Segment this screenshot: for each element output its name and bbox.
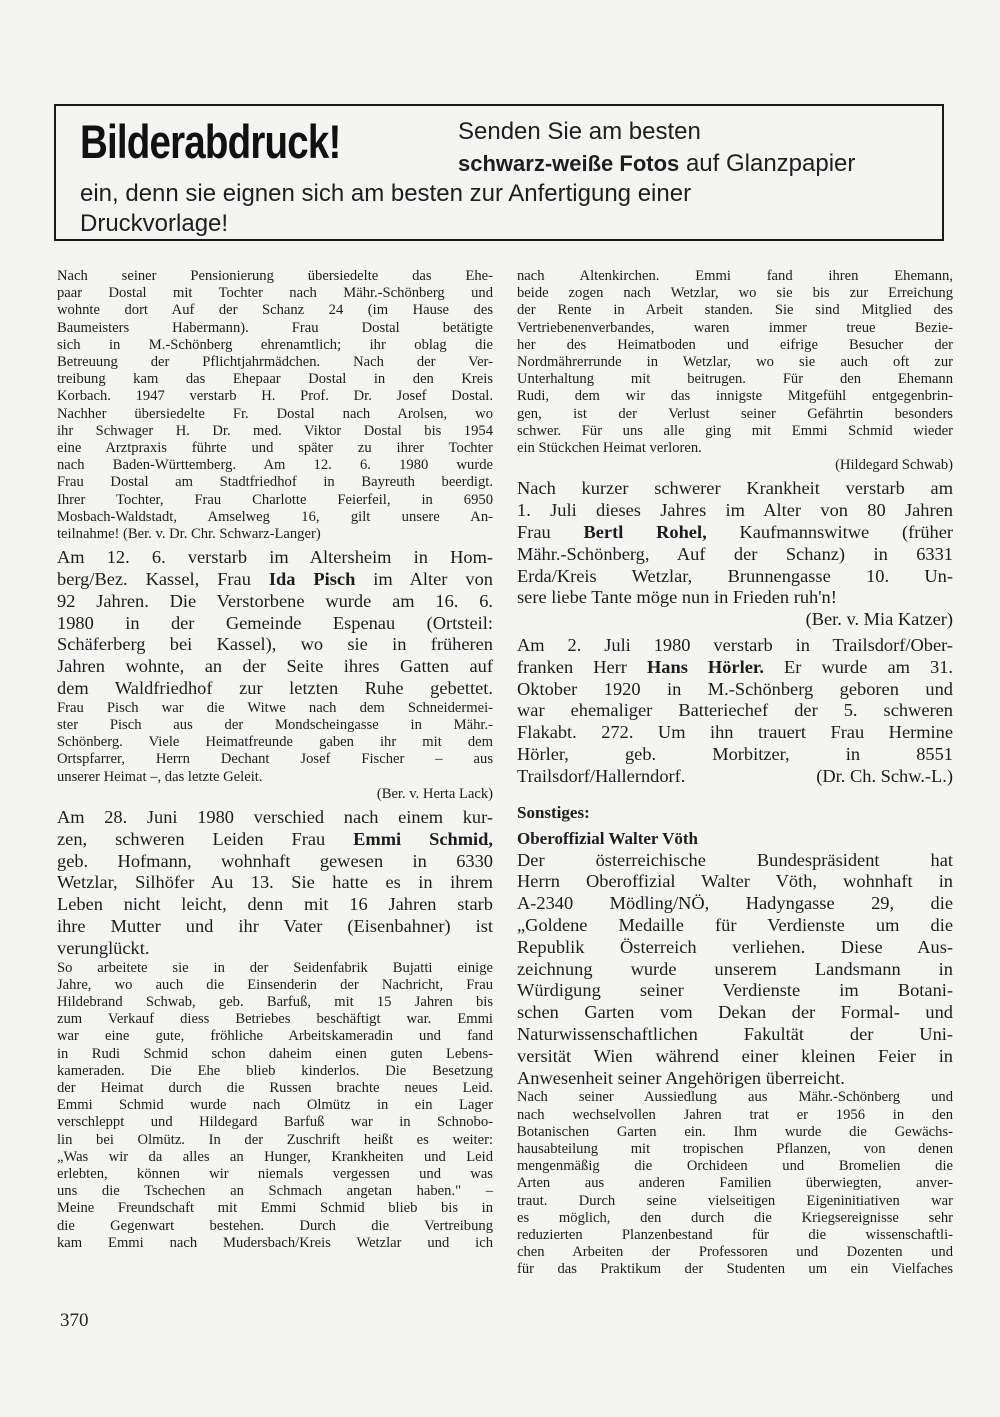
article-title: Oberoffizial Walter Vöth — [517, 828, 953, 850]
notice-emphasis: schwarz-weiße Fotos — [458, 151, 679, 176]
notice-text-line: Druckvorlage! — [80, 212, 228, 236]
notice-text-line: schwarz-weiße Fotos auf Glanzpapier — [458, 152, 855, 176]
obituary-ida-pisch: Am 12. 6. verstarb im Altersheim in Hom-… — [57, 547, 493, 700]
report-credit: (Hildegard Schwab) — [517, 457, 953, 474]
magazine-page: Bilderabdruck! Senden Sie am besten schw… — [0, 0, 1000, 1417]
page-number: 370 — [60, 1310, 89, 1332]
obituary-hans-hoerler: Am 2. Juli 1980 verstarb in Trailsdorf/O… — [517, 635, 953, 788]
obituary-bertl-rohel: Nach kurzer schwerer Krankheit verstarb … — [517, 478, 953, 631]
obituary-emmi-schmid-detail: So arbeitete sie in der Seidenfabrik Buj… — [57, 960, 493, 1252]
article-voeth-body: Nach seiner Aussiedlung aus Mähr.-Schönb… — [517, 1089, 953, 1278]
left-column: Nach seiner Pensionierung übersiedelte d… — [57, 268, 493, 1252]
obituary-emmi-schmid: Am 28. Juni 1980 verschied nach einem ku… — [57, 807, 493, 960]
notice-text-line: ein, denn sie eignen sich am besten zur … — [80, 182, 691, 206]
article-voeth-intro: Der österreichische Bundespräsident hat … — [517, 850, 953, 1090]
obituary-dostal: Nach seiner Pensionierung übersiedelte d… — [57, 268, 493, 543]
notice-headline: Bilderabdruck! — [80, 118, 341, 165]
deceased-name: Ida Pisch — [269, 569, 355, 589]
report-credit: (Dr. Ch. Schw.-L.) — [816, 766, 953, 788]
deceased-name: Bertl Rohel, — [584, 522, 707, 542]
report-credit: (Ber. v. Herta Lack) — [57, 786, 493, 803]
deceased-name: Emmi Schmid, — [353, 829, 493, 849]
obituary-ida-pisch-detail: Frau Pisch war die Witwe nach dem Schnei… — [57, 700, 493, 803]
report-credit: (Ber. v. Mia Katzer) — [517, 609, 953, 631]
photo-submission-notice: Bilderabdruck! Senden Sie am besten schw… — [54, 104, 944, 241]
obituary-emmi-schmid-continued: nach Altenkirchen. Emmi fand ihren Ehema… — [517, 268, 953, 474]
right-column: nach Altenkirchen. Emmi fand ihren Ehema… — [517, 268, 953, 1279]
deceased-name: Hans Hörler. — [647, 657, 764, 677]
notice-text-line: Senden Sie am besten — [458, 120, 701, 144]
section-heading: Sonstiges: — [517, 802, 953, 824]
